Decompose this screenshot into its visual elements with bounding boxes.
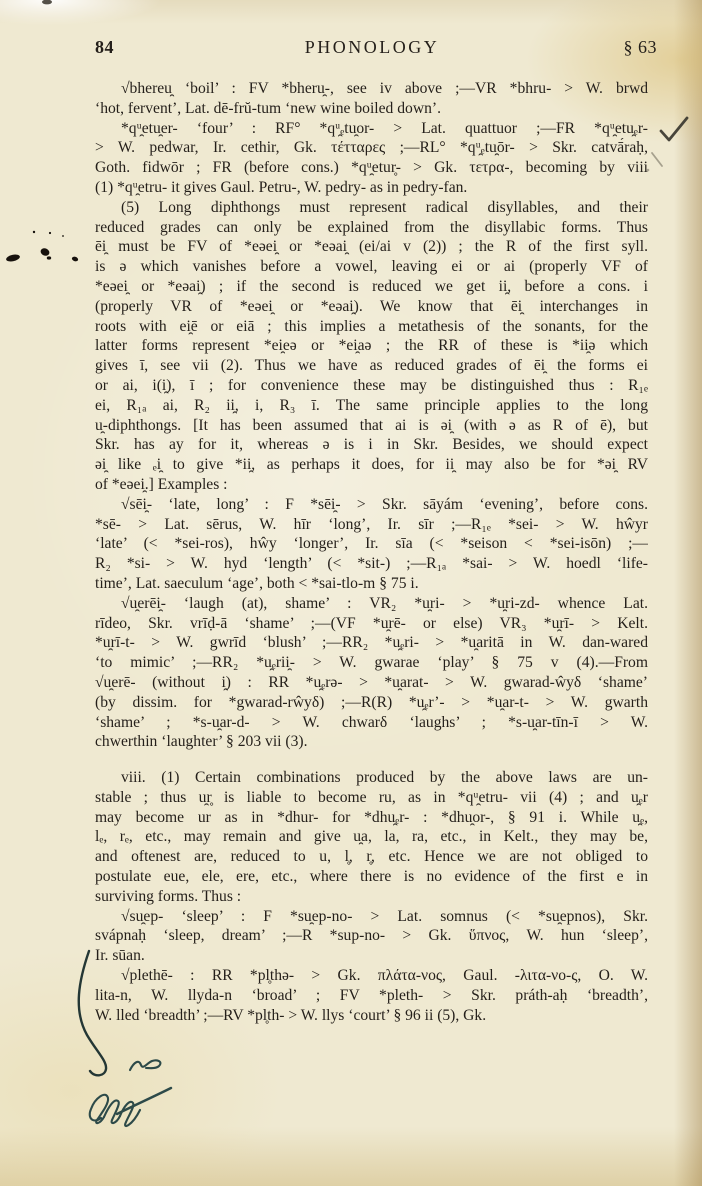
text-line: rīdeo, Skr. vrīḍ-ā ‘shame’ ;—(VF *u̯rē- … xyxy=(95,614,648,634)
text-line: is ə which vanishes before a vowel, leav… xyxy=(95,257,648,277)
paragraph-bhereu: √bhereu̯ ‘boil’ : FV *bheru̯-, see iv ab… xyxy=(95,79,648,119)
text-line: *qᵘ̯etu̯er- ‘four’ : RF° *qᵘ̯ₑtu̯or- > L… xyxy=(95,119,648,139)
text-line: may become ur as in *dhur- for *dhu̯ₑr- … xyxy=(95,808,648,828)
section-number: § 63 xyxy=(579,37,657,58)
running-title: PHONOLOGY xyxy=(165,37,579,58)
text-line: reduced grades can only be explained fro… xyxy=(95,218,648,238)
paragraph-plethe: √plethē- : RR *pl̥thə- > Gk. πλάτα-νος, … xyxy=(95,966,648,1025)
text-line: of *eəei̯.] Examples : xyxy=(95,475,648,495)
paragraph-sei: √sēi̯- ‘late, long’ : F *sēi̯- > Skr. sā… xyxy=(95,495,648,594)
text-line: (5) Long diphthongs must represent radic… xyxy=(95,198,648,218)
text-line: Skr. has ay for it, whereas ə is i in Sk… xyxy=(95,435,648,455)
handwritten-note xyxy=(90,1060,171,1126)
left-margin-ink-specks xyxy=(5,231,78,263)
page-number: 84 xyxy=(95,37,165,58)
text-line: roots with ei̯ē or eiā ; this implies a … xyxy=(95,317,648,337)
text-line: √bhereu̯ ‘boil’ : FV *bheru̯-, see iv ab… xyxy=(95,79,648,99)
faint-margin-tick xyxy=(652,153,662,166)
text-line: postulate eue, ele, ere, etc., where the… xyxy=(95,867,648,887)
top-edge-speck xyxy=(42,0,52,4)
text-line: W. lled ‘breadth’ ;—RV *pl̥th- > W. llys… xyxy=(95,1006,648,1026)
paragraph-qetuer: *qᵘ̯etu̯er- ‘four’ : RF° *qᵘ̯ₑtu̯or- > L… xyxy=(95,119,648,198)
text-line: gives ī, see vii (2). Thus we have as re… xyxy=(95,356,648,376)
text-line: > W. pedwar, Ir. cethir, Gk. τέτταρες ;—… xyxy=(95,138,648,158)
paragraph-viii-unstable: viii. (1) Certain combinations produced … xyxy=(95,768,648,907)
text-line: √u̯erēi̯- ‘laugh (at), shame’ : VR₂ *u̯r… xyxy=(95,594,648,614)
text-line: R₂ *si- > W. hyd ‘length’ (< *sit-) ;—R₁… xyxy=(95,554,648,574)
text-line: əi̯ like ₑi̯ to give *ii̯, as perhaps it… xyxy=(95,455,648,475)
text-line: surviving forms. Thus : xyxy=(95,887,648,907)
text-line: *u̯rī-t- > W. gwrīd ‘blush’ ;—RR₂ *u̯ₑri… xyxy=(95,633,648,653)
text-line: (1) *qᵘ̯etru- it gives Gaul. Petru-, W. … xyxy=(95,178,648,198)
body-text: √bhereu̯ ‘boil’ : FV *bheru̯-, see iv ab… xyxy=(95,79,648,1025)
text-line: time’, Lat. saeculum ‘age’, both < *sai-… xyxy=(95,574,648,594)
text-line: and oftenest are, reduced to u, l̥, r̥, … xyxy=(95,847,648,867)
text-line: *eəei̯ or *eəai̯) ; if the second is red… xyxy=(95,277,648,297)
text-line: latter forms represent *ei̯eə or *ei̯aə … xyxy=(95,336,648,356)
text-line: √sēi̯- ‘late, long’ : F *sēi̯- > Skr. sā… xyxy=(95,495,648,515)
paragraph-long-diphthongs: (5) Long diphthongs must represent radic… xyxy=(95,198,648,495)
text-line: √u̯erē- (without i̯) : RR *u̯ₑrə- > *u̯a… xyxy=(95,673,648,693)
paragraph-suep: √su̯ep- ‘sleep’ : F *su̯ep-no- > Lat. so… xyxy=(95,907,648,966)
text-line: lₑ, rₑ, etc., may remain and give u̯a, l… xyxy=(95,827,648,847)
text-line: (by dissim. for *gwarad-rŵyδ) ;—R(R) *u̯… xyxy=(95,693,648,713)
text-line: ‘shame’ ; *s-u̯ar-d- > W. chwarδ ‘laughs… xyxy=(95,713,648,733)
text-line: √plethē- : RR *pl̥thə- > Gk. πλάτα-νος, … xyxy=(95,966,648,986)
book-page: 84 PHONOLOGY § 63 √bhereu̯ ‘boil’ : FV *… xyxy=(0,0,702,1186)
text-line: √su̯ep- ‘sleep’ : F *su̯ep-no- > Lat. so… xyxy=(95,907,648,927)
text-line: lita-n, W. llyda-n ‘broad’ ; FV *pleth- … xyxy=(95,986,648,1006)
text-line: Ir. sūan. xyxy=(95,946,648,966)
text-line: ‘late’ (< *sei-ros), hŵy ‘longer’, Ir. s… xyxy=(95,534,648,554)
text-line: stable ; thus u̯r̥ is liable to become r… xyxy=(95,788,648,808)
text-line: u̯-diphthongs. [It has been assumed that… xyxy=(95,416,648,436)
text-line: or ai, i(i̯), ī ; for convenience these … xyxy=(95,376,648,396)
text-line: ‘hot, fervent’, Lat. dē-frŭ-tum ‘new win… xyxy=(95,99,648,119)
text-line: svápnaḥ ‘sleep, dream’ ;—R *sup-no- > Gk… xyxy=(95,926,648,946)
text-line: ‘to mimic’ ;—RR₂ *u̯ₑrii̯- > W. gwarae ‘… xyxy=(95,653,648,673)
page-header: 84 PHONOLOGY § 63 xyxy=(95,37,657,58)
text-line: (properly VR of *eəei̯ or *eəai̯). We kn… xyxy=(95,297,648,317)
text-line: ēi̯ must be FV of *eəei̯ or *eəai̯ (ei/a… xyxy=(95,237,648,257)
text-line: Goth. fidwōr ; FR (before cons.) *qᵘ̯etu… xyxy=(95,158,648,178)
text-line: viii. (1) Certain combinations produced … xyxy=(95,768,648,788)
text-line: *sē- > Lat. sērus, W. hīr ‘long’, Ir. sī… xyxy=(95,515,648,535)
margin-checkmark-icon xyxy=(661,118,687,140)
paragraph-uerei: √u̯erēi̯- ‘laugh (at), shame’ : VR₂ *u̯r… xyxy=(95,594,648,752)
text-line: chwerthin ‘laughter’ § 203 vii (3). xyxy=(95,732,648,752)
text-line: ei, R₁ₐ ai, R₂ ii̯, i, R₃ ī. The same pr… xyxy=(95,396,648,416)
